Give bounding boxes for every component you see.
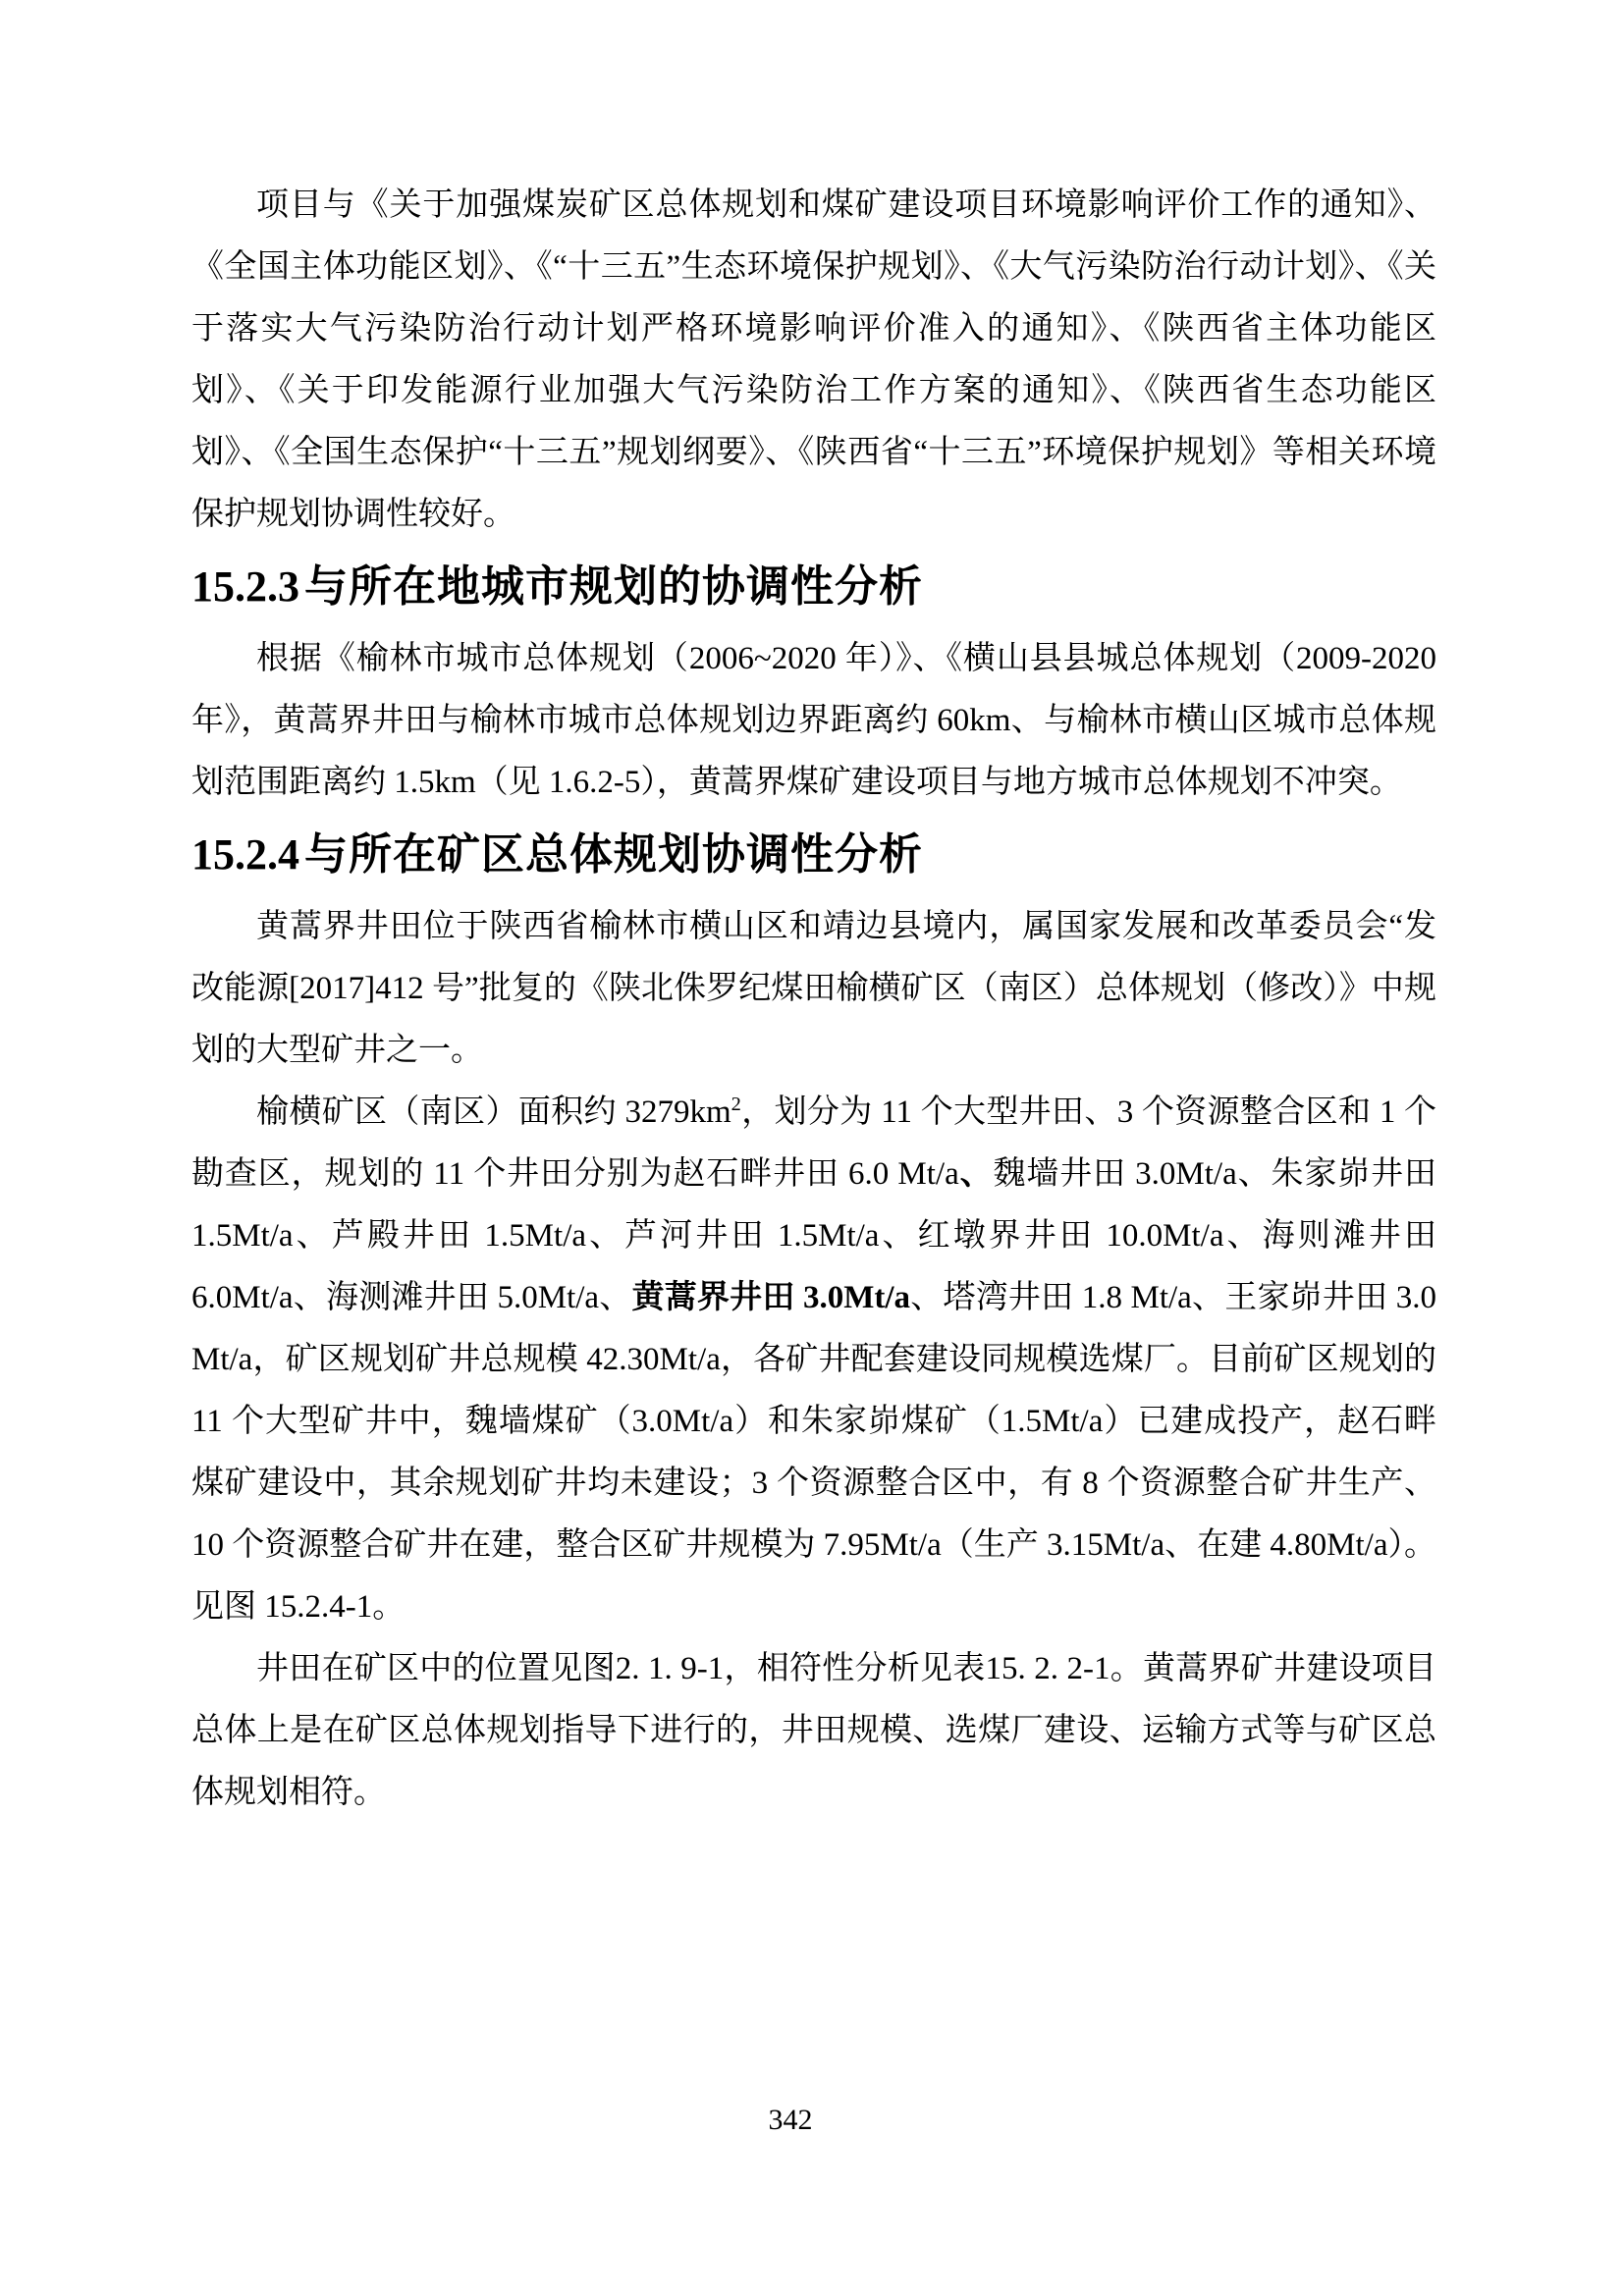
section-title: 与所在矿区总体规划协调性分析 [304, 830, 923, 879]
section-number: 15.2.4 [191, 830, 299, 879]
page-number: 342 [191, 2101, 1389, 2140]
document-page: 项目与《关于加强煤炭矿区总体规划和煤矿建设项目环境影响评价工作的通知》、《全国主… [0, 0, 1624, 2296]
section-title: 与所在地城市规划的协调性分析 [304, 562, 923, 611]
text-run: 黄蒿界井田位于陕西省榆林市横山区和靖边县境内，属国家发展和改革委员会“发改能源[… [191, 909, 1436, 1068]
text-run: 项目与《关于加强煤炭矿区总体规划和煤矿建设项目环境影响评价工作的通知》、《全国主… [191, 187, 1436, 532]
text-run: 、塔湾井田 1.8 Mt/a、王家峁井田 3.0 Mt/a，矿区规划矿井总规模 … [191, 1280, 1436, 1625]
bold-text-run: 黄蒿界井田 3.0Mt/a [632, 1280, 911, 1315]
document-content: 项目与《关于加强煤炭矿区总体规划和煤矿建设项目环境影响评价工作的通知》、《全国主… [191, 175, 1436, 1824]
superscript: 2 [731, 1094, 741, 1115]
text-run: 根据《榆林市城市总体规划（2006~2020 年）》、《横山县县城总体规划（20… [191, 641, 1436, 800]
section-number: 15.2.3 [191, 562, 299, 611]
paragraph: 黄蒿界井田位于陕西省榆林市横山区和靖边县境内，属国家发展和改革委员会“发改能源[… [191, 896, 1436, 1082]
text-run: 榆横矿区（南区）面积约 3279km [256, 1095, 731, 1130]
paragraph: 根据《榆林市城市总体规划（2006~2020 年）》、《横山县县城总体规划（20… [191, 628, 1436, 814]
section-heading: 15.2.4与所在矿区总体规划协调性分析 [191, 814, 1436, 896]
paragraph: 项目与《关于加强煤炭矿区总体规划和煤矿建设项目环境影响评价工作的通知》、《全国主… [191, 175, 1436, 546]
section-heading: 15.2.3与所在地城市规划的协调性分析 [191, 546, 1436, 628]
paragraph: 井田在矿区中的位置见图2. 1. 9-1，相符性分析见表15. 2. 2-1。黄… [191, 1638, 1436, 1824]
bold-text-run: 、 [959, 1156, 994, 1192]
paragraph: 榆横矿区（南区）面积约 3279km2，划分为 11 个大型井田、3 个资源整合… [191, 1082, 1436, 1638]
text-run: 井田在矿区中的位置见图2. 1. 9-1，相符性分析见表15. 2. 2-1。黄… [191, 1651, 1436, 1810]
